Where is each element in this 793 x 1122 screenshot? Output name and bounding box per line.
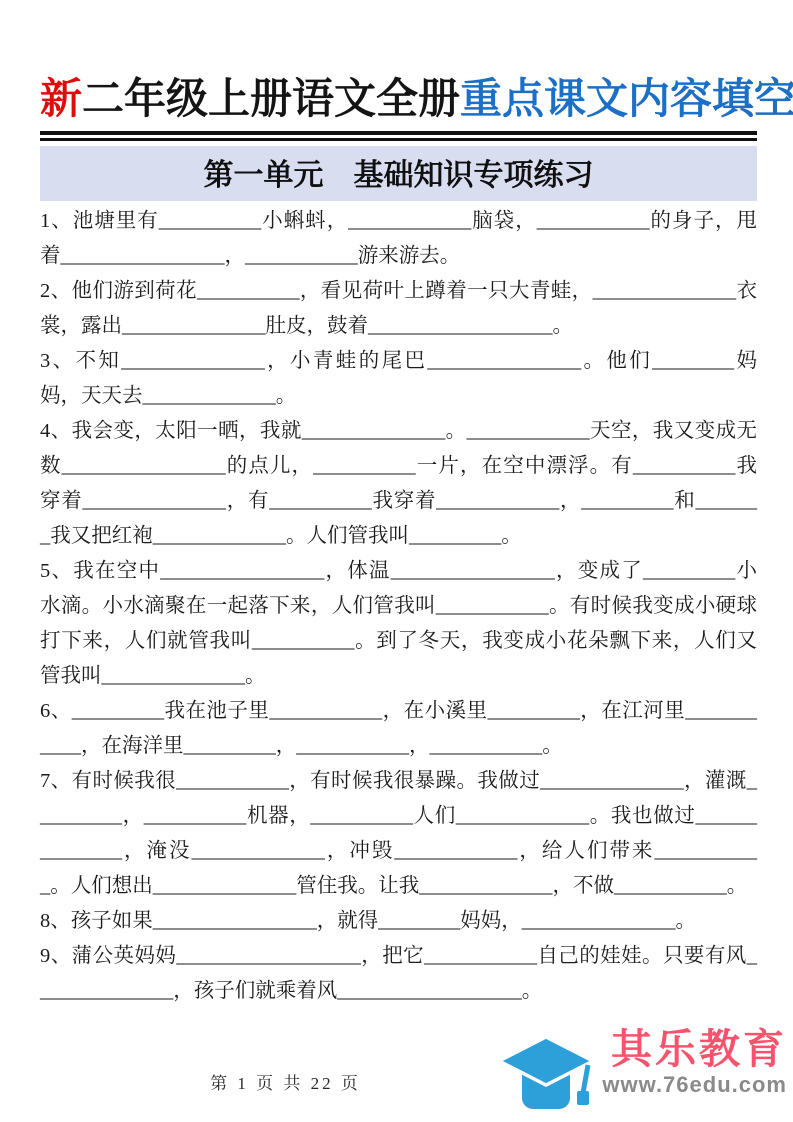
question-5: 5、我在空中________________，体温_______________…: [40, 554, 757, 694]
question-1: 1、池塘里有__________小蝌蚪，____________脑袋，_____…: [40, 204, 757, 274]
question-3: 3、不知______________，小青蛙的尾巴_______________…: [40, 344, 757, 414]
question-9: 9、蒲公英妈妈__________________，把它___________自…: [40, 939, 757, 1009]
graduation-cap-icon: [496, 1035, 596, 1120]
question-7: 7、有时候我很___________，有时候我很暴躁。我做过__________…: [40, 764, 757, 904]
page-title: 新二年级上册语文全册重点课文内容填空: [40, 76, 757, 126]
title-segment-new: 新: [40, 77, 82, 123]
question-2: 2、他们游到荷花__________，看见荷叶上蹲着一只大青蛙，________…: [40, 274, 757, 344]
title-segment-grade: 二年级上册语文全册: [82, 77, 460, 123]
question-8: 8、孩子如果________________，就得________妈妈，____…: [40, 904, 757, 939]
question-6: 6、_________我在池子里___________，在小溪里________…: [40, 694, 757, 764]
publisher-logo: 其乐教育 www.76edu.com: [496, 1027, 787, 1120]
unit-banner: 第一单元 基础知识专项练习: [40, 146, 757, 201]
publisher-logo-text: 其乐教育 www.76edu.com: [602, 1027, 787, 1098]
worksheet-page: 新二年级上册语文全册重点课文内容填空 第一单元 基础知识专项练习 1、池塘里有_…: [0, 0, 793, 1122]
page-number: 第 1 页 共 22 页: [0, 1069, 571, 1094]
question-4: 4、我会变，太阳一晒，我就______________。____________…: [40, 414, 757, 554]
title-divider: [40, 131, 757, 141]
question-list: 1、池塘里有__________小蝌蚪，____________脑袋，_____…: [40, 204, 757, 1009]
publisher-name: 其乐教育: [611, 1027, 787, 1072]
title-segment-topic: 重点课文内容填空: [460, 77, 793, 123]
page-content: 新二年级上册语文全册重点课文内容填空 第一单元 基础知识专项练习 1、池塘里有_…: [0, 0, 793, 1009]
publisher-url: www.76edu.com: [602, 1072, 787, 1098]
unit-banner-label: 第一单元 基础知识专项练习: [204, 159, 594, 192]
